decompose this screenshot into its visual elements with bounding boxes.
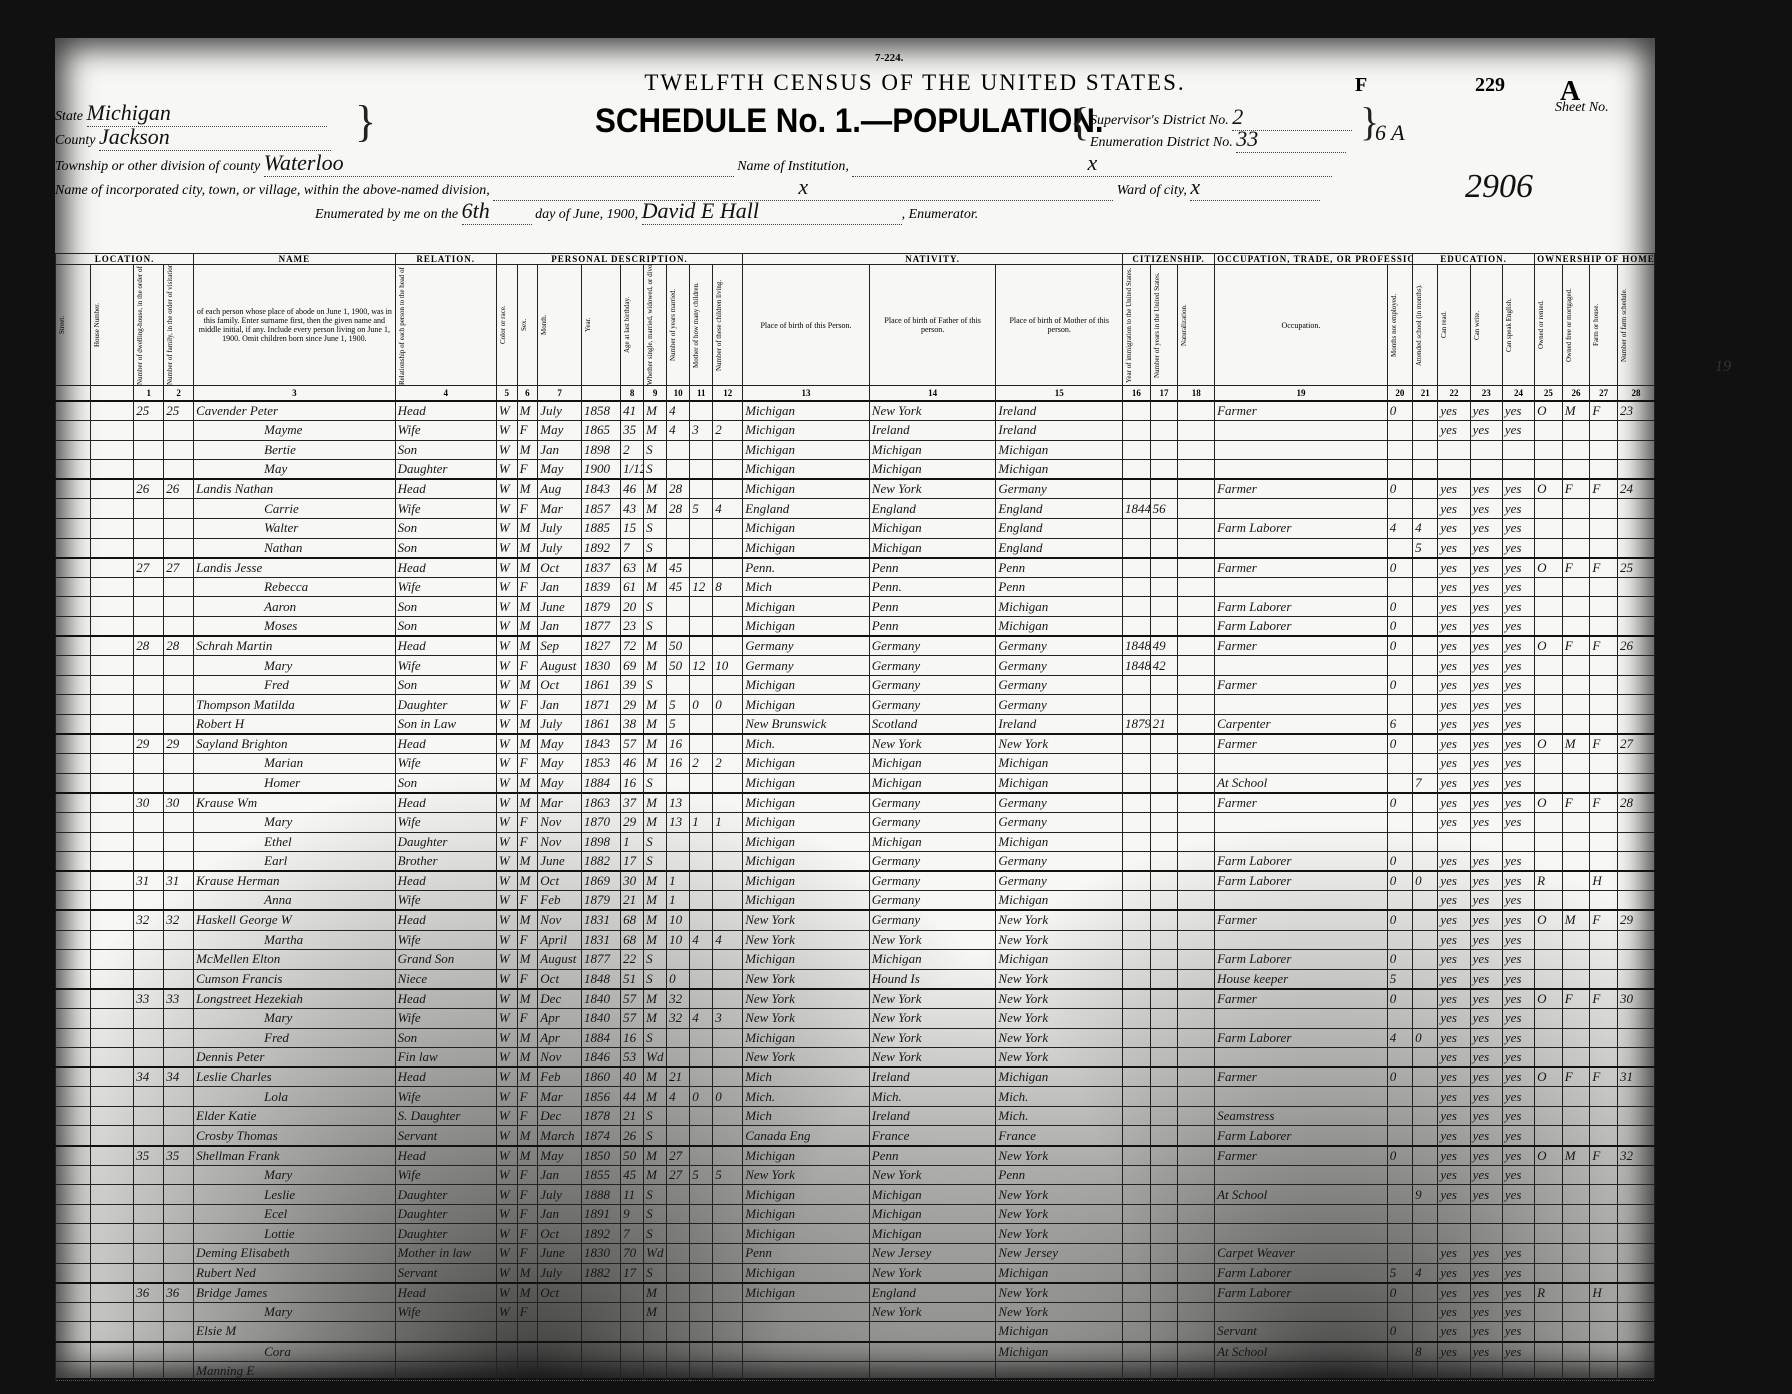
cell-rel: Head [395, 558, 496, 578]
cell-occ: Farm Laborer [1215, 1283, 1388, 1303]
cell-dw: 33 [134, 989, 164, 1009]
cell-rel: Wife [395, 656, 496, 676]
cell-free [1562, 1342, 1590, 1362]
table-row: AnnaWifeWFFeb187921M1MichiganGermanyMich… [56, 891, 1655, 911]
cell-year: 1848 [582, 969, 621, 989]
cell-occ: Farmer [1215, 401, 1388, 421]
cell-occ: Farmer [1215, 1146, 1388, 1166]
cell-name: Mary [194, 656, 395, 676]
page-number-handwritten: 2906 [1465, 168, 1533, 206]
cell-sex: F [517, 1185, 538, 1205]
cell-nat [1178, 401, 1215, 421]
cell-sex: M [517, 950, 538, 970]
cell-sch [1413, 577, 1438, 597]
cell-sch [1413, 656, 1438, 676]
cell-month: July [538, 519, 582, 539]
cell-pb: New York [743, 1048, 870, 1068]
cell-race [496, 1342, 517, 1362]
cell-ch: 3 [690, 421, 713, 441]
cell-sex [517, 1322, 538, 1342]
column-number: 16 [1123, 386, 1151, 402]
cell-race: W [496, 1244, 517, 1264]
cell-nat [1178, 1322, 1215, 1342]
cell-fam [164, 656, 194, 676]
column-group-header: OCCUPATION, TRADE, OR PROFESSION [1215, 254, 1413, 265]
column-number: 9 [644, 386, 667, 402]
cell-mb: England [996, 499, 1123, 519]
cell-age: 43 [621, 499, 644, 519]
cell-ym [667, 675, 690, 695]
cell-pb: Penn [743, 1244, 870, 1264]
cell-fb: Penn [869, 1146, 996, 1166]
cell-fam [164, 1322, 194, 1342]
cell-ym [667, 1322, 690, 1342]
cell-year: 1830 [582, 656, 621, 676]
cell-mb: Michigan [996, 832, 1123, 852]
cell-empty [90, 793, 134, 813]
cell-empty [90, 871, 134, 891]
cell-nat [1178, 1283, 1215, 1303]
cell-month: July [538, 1263, 582, 1283]
cell-age: 50 [621, 1146, 644, 1166]
cell-rel: Daughter [395, 1185, 496, 1205]
cell-mar: S [644, 1028, 667, 1048]
cell-read: yes [1438, 950, 1470, 970]
cell-imm [1123, 1008, 1151, 1028]
cell-sex [517, 1342, 538, 1362]
cell-nat [1178, 910, 1215, 930]
column-header: House Number. [90, 265, 134, 386]
cell-empty [56, 636, 91, 656]
cell-ch [690, 1361, 713, 1381]
column-header: Months not employed. [1387, 265, 1412, 386]
enumerated-prefix: Enumerated by me on the [315, 207, 458, 222]
cell-ym [667, 460, 690, 480]
cell-occ: House keeper [1215, 969, 1388, 989]
cell-race: W [496, 950, 517, 970]
table-row: Manning E50 [56, 1361, 1655, 1381]
cell-dw: 32 [134, 910, 164, 930]
cell-free: F [1562, 479, 1590, 499]
city-label: Name of incorporated city, town, or vill… [55, 183, 490, 198]
cell-sch [1413, 812, 1438, 832]
cell-fam: 30 [164, 793, 194, 813]
cell-read: yes [1438, 871, 1470, 891]
cell-dw [134, 812, 164, 832]
cell-mb: Michigan [996, 1263, 1123, 1283]
cell-empty [56, 989, 91, 1009]
column-header: Attended school (in months). [1413, 265, 1438, 386]
cell-empty [56, 617, 91, 637]
column-header-label: Number of years in the United States. [1153, 265, 1161, 385]
form-number: 7-224. [875, 52, 903, 64]
cell-fam [164, 1048, 194, 1068]
cell-empty [56, 1283, 91, 1303]
cell-nat [1178, 950, 1215, 970]
cell-pb: Michigan [743, 617, 870, 637]
cell-name: Aaron [194, 597, 395, 617]
cell-sch [1413, 1146, 1438, 1166]
cell-year: 1860 [582, 1067, 621, 1087]
column-header-label: Mother of how many children. [692, 265, 700, 385]
cell-sched: 14 [1617, 656, 1654, 676]
cell-sched: 25 [1617, 871, 1654, 891]
cell-mar: S [644, 1106, 667, 1126]
cell-ch [690, 891, 713, 911]
cell-mb: Michigan [996, 1342, 1123, 1362]
cell-yrs [1150, 1028, 1178, 1048]
cell-sch [1413, 558, 1438, 578]
cell-nat [1178, 1087, 1215, 1107]
column-header-label: Number of family, in the order of visita… [166, 265, 174, 385]
cell-year: 1837 [582, 558, 621, 578]
table-row: 3030Krause WmHeadWMMar186337M13MichiganG… [56, 793, 1655, 813]
cell-empty [90, 852, 134, 872]
table-row: MaryWifeWFApr184057M3243New YorkNew York… [56, 1008, 1655, 1028]
cell-dw: 31 [134, 871, 164, 891]
cell-sched: 41 [1617, 1185, 1654, 1205]
cell-farm [1590, 421, 1618, 441]
cell-age [621, 1322, 644, 1342]
cell-sched: 3135 [1617, 1067, 1654, 1087]
cell-own [1535, 460, 1563, 480]
cell-farm [1590, 675, 1618, 695]
cell-sch: 7 [1413, 773, 1438, 793]
enumerated-day: 6th [462, 198, 532, 225]
cell-dw: 30 [134, 793, 164, 813]
cell-mne: 4 [1387, 519, 1412, 539]
cell-eng: yes [1502, 1106, 1534, 1126]
cell-eng: yes [1502, 715, 1534, 735]
cell-fb: New Jersey [869, 1244, 996, 1264]
cell-empty [56, 538, 91, 558]
cell-ch [690, 617, 713, 637]
cell-name: Walter [194, 519, 395, 539]
cell-rel: Son [395, 773, 496, 793]
column-number: 22 [1438, 386, 1470, 402]
column-header-label: Naturalization. [1180, 265, 1188, 385]
cell-own [1535, 1342, 1563, 1362]
cell-sched: 47 [1617, 1302, 1654, 1322]
cell-fb [869, 1322, 996, 1342]
cell-age: 7 [621, 538, 644, 558]
cell-pb: Germany [743, 656, 870, 676]
column-number: 6 [517, 386, 538, 402]
cell-ym: 4 [667, 1087, 690, 1107]
cell-mar: M [644, 401, 667, 421]
cell-eng: yes [1502, 754, 1534, 774]
cell-yrs [1150, 577, 1178, 597]
cell-mar: M [644, 871, 667, 891]
cell-read: yes [1438, 499, 1470, 519]
cell-ym: 32 [667, 989, 690, 1009]
column-header-label: Relationship of each person to the head … [398, 265, 406, 385]
cell-empty [56, 1087, 91, 1107]
cell-chl [713, 1126, 743, 1146]
cell-chl [713, 617, 743, 637]
column-group-header: RELATION. [395, 254, 496, 265]
cell-read [1438, 1204, 1470, 1224]
cell-eng: yes [1502, 499, 1534, 519]
cell-imm [1123, 1342, 1151, 1362]
cell-own [1535, 1361, 1563, 1381]
cell-month: Sep [538, 636, 582, 656]
cell-year [582, 1283, 621, 1303]
cell-mb: New York [996, 1302, 1123, 1322]
cell-sex: F [517, 695, 538, 715]
cell-own [1535, 617, 1563, 637]
table-row: NathanSonWMJuly18927SMichiganMichiganEng… [56, 538, 1655, 558]
cell-rel [395, 1342, 496, 1362]
cell-mne [1387, 1342, 1412, 1362]
cell-ch: 4 [690, 1008, 713, 1028]
cell-nat [1178, 636, 1215, 656]
cell-read: yes [1438, 793, 1470, 813]
cell-sched: 44 [1617, 1244, 1654, 1264]
cell-own [1535, 577, 1563, 597]
cell-empty [90, 675, 134, 695]
cell-age: 9 [621, 1204, 644, 1224]
cell-farm [1590, 773, 1618, 793]
cell-fam [164, 852, 194, 872]
cell-mb: New York [996, 930, 1123, 950]
cell-farm [1590, 754, 1618, 774]
cell-race: W [496, 577, 517, 597]
cell-mar: S [644, 1185, 667, 1205]
cell-chl [713, 675, 743, 695]
cell-pb: Mich. [743, 734, 870, 754]
cell-mar: S [644, 969, 667, 989]
cell-mne: 0 [1387, 1322, 1412, 1342]
cell-sex: F [517, 1165, 538, 1185]
cell-ch [690, 1283, 713, 1303]
cell-read: yes [1438, 558, 1470, 578]
table-row: FredSonWMOct186139SMichiganGermanyGerman… [56, 675, 1655, 695]
column-header-label: Owned free or mortgaged. [1565, 265, 1573, 385]
cell-empty [90, 519, 134, 539]
cell-free [1562, 1126, 1590, 1146]
cell-farm [1590, 1165, 1618, 1185]
cell-empty [56, 1263, 91, 1283]
cell-free [1562, 1185, 1590, 1205]
cell-empty [90, 1302, 134, 1322]
cell-ym [667, 1361, 690, 1381]
cell-fam [164, 1361, 194, 1381]
cell-yrs: 56 [1150, 499, 1178, 519]
cell-read: yes [1438, 597, 1470, 617]
cell-pb [743, 1322, 870, 1342]
cell-pb: Michigan [743, 852, 870, 872]
column-header-label: House Number. [93, 265, 101, 385]
cell-occ [1215, 812, 1388, 832]
cell-nat [1178, 1361, 1215, 1381]
cell-chl: 8 [713, 577, 743, 597]
cell-age: 22 [621, 950, 644, 970]
cell-month: August [538, 950, 582, 970]
cell-read: yes [1438, 754, 1470, 774]
cell-race: W [496, 852, 517, 872]
cell-write: yes [1470, 1067, 1502, 1087]
cell-sex: M [517, 1263, 538, 1283]
cell-own [1535, 519, 1563, 539]
cell-own [1535, 597, 1563, 617]
cell-name: Krause Wm [194, 793, 395, 813]
cell-race: W [496, 695, 517, 715]
cell-dw [134, 969, 164, 989]
cell-mne [1387, 440, 1412, 460]
cell-year [582, 1342, 621, 1362]
cell-rel: Head [395, 479, 496, 499]
cell-mar: M [644, 715, 667, 735]
cell-occ: At School [1215, 1185, 1388, 1205]
cell-pb: Michigan [743, 754, 870, 774]
cell-read: yes [1438, 695, 1470, 715]
cell-race: W [496, 401, 517, 421]
cell-nat [1178, 1165, 1215, 1185]
cell-own: O [1535, 401, 1563, 421]
cell-race: W [496, 891, 517, 911]
table-row: LeslieDaughterWFJuly188811SMichiganMichi… [56, 1185, 1655, 1205]
cell-sched: 22 [1617, 812, 1654, 832]
cell-occ [1215, 930, 1388, 950]
column-header-label: Year. [584, 265, 592, 385]
cell-occ: Carpenter [1215, 715, 1388, 735]
cell-mar: S [644, 440, 667, 460]
cell-chl [713, 969, 743, 989]
cell-empty [56, 1342, 91, 1362]
cell-ym [667, 617, 690, 637]
cell-read: yes [1438, 656, 1470, 676]
cell-sched: 7 [1617, 519, 1654, 539]
cell-yrs [1150, 1126, 1178, 1146]
cell-month [538, 1322, 582, 1342]
cell-yrs [1150, 538, 1178, 558]
cell-sex: F [517, 754, 538, 774]
cell-write: yes [1470, 1106, 1502, 1126]
cell-age: 15 [621, 519, 644, 539]
cell-year: 1879 [582, 891, 621, 911]
cell-fb: Germany [869, 871, 996, 891]
cell-sch [1413, 695, 1438, 715]
cell-fam: 31 [164, 871, 194, 891]
cell-empty [56, 401, 91, 421]
cell-name: Krause Herman [194, 871, 395, 891]
cell-sch [1413, 1165, 1438, 1185]
cell-month: Jan [538, 617, 582, 637]
cell-name: Manning E [194, 1361, 395, 1381]
cell-write: yes [1470, 969, 1502, 989]
cell-fam [164, 930, 194, 950]
cell-mar: S [644, 950, 667, 970]
cell-farm [1590, 969, 1618, 989]
cell-sex: M [517, 1028, 538, 1048]
cell-eng: yes [1502, 1185, 1534, 1205]
cell-empty [90, 1342, 134, 1362]
cell-year: 1869 [582, 871, 621, 891]
cell-eng: yes [1502, 871, 1534, 891]
cell-fam [164, 1126, 194, 1146]
cell-fam: 25 [164, 401, 194, 421]
column-header: Relationship of each person to the head … [395, 265, 496, 386]
cell-farm [1590, 1361, 1618, 1381]
column-header: Owned free or mortgaged. [1562, 265, 1590, 386]
cell-sch [1413, 715, 1438, 735]
cell-ym [667, 852, 690, 872]
cell-write: yes [1470, 401, 1502, 421]
cell-write: yes [1470, 715, 1502, 735]
cell-sex: M [517, 1146, 538, 1166]
cell-nat [1178, 695, 1215, 715]
cell-race: W [496, 1224, 517, 1244]
cell-chl [713, 891, 743, 911]
table-row: EcelDaughterWFJan18919SMichiganMichiganN… [56, 1204, 1655, 1224]
cell-pb: Michigan [743, 1028, 870, 1048]
cell-age: 1 [621, 832, 644, 852]
cell-occ: Carpet Weaver [1215, 1244, 1388, 1264]
cell-imm [1123, 460, 1151, 480]
cell-race: W [496, 597, 517, 617]
cell-month: May [538, 1146, 582, 1166]
cell-empty [90, 930, 134, 950]
cell-read [1438, 1361, 1470, 1381]
cell-sex [517, 1361, 538, 1381]
cell-own [1535, 1263, 1563, 1283]
cell-sched: 23 [1617, 832, 1654, 852]
population-schedule-table: LOCATION.NAMERELATION.PERSONAL DESCRIPTI… [55, 253, 1655, 1381]
cell-chl [713, 1028, 743, 1048]
cell-sex: F [517, 421, 538, 441]
cell-write: yes [1470, 656, 1502, 676]
cell-sex: M [517, 793, 538, 813]
cell-ch [690, 597, 713, 617]
cell-month: Nov [538, 1048, 582, 1068]
column-header-label: Can speak English. [1505, 265, 1513, 385]
cell-own [1535, 675, 1563, 695]
cell-yrs [1150, 1106, 1178, 1126]
cell-sex: F [517, 1008, 538, 1028]
census-sheet: 7-224. TWELFTH CENSUS OF THE UNITED STAT… [55, 38, 1655, 1378]
cell-mar: M [644, 1067, 667, 1087]
cell-mne [1387, 1185, 1412, 1205]
cell-empty [90, 1106, 134, 1126]
cell-month: Dec [538, 989, 582, 1009]
cell-free [1562, 421, 1590, 441]
cell-imm [1123, 1283, 1151, 1303]
cell-dw [134, 519, 164, 539]
cell-ch: 5 [690, 499, 713, 519]
cell-year: 1843 [582, 479, 621, 499]
cell-nat [1178, 1106, 1215, 1126]
cell-fam: 35 [164, 1146, 194, 1166]
cell-imm [1123, 675, 1151, 695]
cell-read: yes [1438, 773, 1470, 793]
cell-read: yes [1438, 1283, 1470, 1303]
cell-mne: 0 [1387, 1146, 1412, 1166]
cell-occ [1215, 1087, 1388, 1107]
cell-sch [1413, 891, 1438, 911]
cell-pb: New York [743, 1165, 870, 1185]
cell-read: yes [1438, 930, 1470, 950]
cell-age: 68 [621, 910, 644, 930]
cell-year: 1898 [582, 440, 621, 460]
cell-sch [1413, 499, 1438, 519]
cell-yrs [1150, 852, 1178, 872]
cell-farm [1590, 1087, 1618, 1107]
cell-yrs [1150, 773, 1178, 793]
cell-sex: F [517, 499, 538, 519]
cell-mne: 0 [1387, 989, 1412, 1009]
cell-name: Elsie M [194, 1322, 395, 1342]
